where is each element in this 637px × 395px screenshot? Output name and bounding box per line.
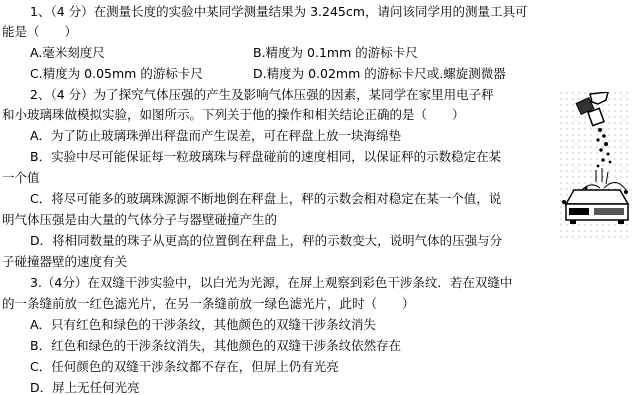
q2-stem-line1: 2、（4 分）为了探究气体压强的产生及影响气体压强的因素，某同学在家里用电子秤 — [30, 87, 494, 102]
q2-option-b-line1: B．实验中尽可能保证每一粒玻璃珠与秤盘碰前的速度相同，以保证秤的示数稳定在某 — [30, 149, 501, 164]
q1-option-d: D.精度为 0.02mm 的游标卡尺或.螺旋测微器 — [253, 66, 506, 81]
q3-option-b: B．红色和绿色的干涉条纹消失，其他颜色的双缝干涉条纹依然存在 — [30, 338, 401, 353]
q1-stem-line1: 1、（4 分）在测量长度的实验中某同学测量结果为 3.245cm，请问该同学用的… — [30, 4, 527, 19]
q2-stem-line2: 和小玻璃珠做模拟实验，如图所示。下列关于他的操作和相关结论正确的是（ ） — [2, 107, 465, 122]
q2-option-c-line1: C．将尽可能多的玻璃珠源源不断地倒在秤盘上，秤的示数会相对稳定在某一个值，说 — [30, 191, 501, 206]
q1-option-a: A.毫米刻度尺 — [30, 45, 105, 60]
q3-option-a: A．只有红色和绿色的干涉条纹，其他颜色的双缝干涉条纹消失 — [30, 317, 376, 332]
scale-experiment-figure — [560, 92, 632, 242]
q3-stem-line1: 3.（4分）在双缝干涉实验中，以白光为光源，在屏上观察到彩色干涉条纹．若在双缝中 — [30, 275, 512, 290]
q3-stem-line2: 的一条缝前放一红色滤光片，在另一条缝前放一绿色滤光片，此时（ ） — [2, 296, 415, 311]
beads-scale-illustration-icon — [560, 92, 632, 242]
q1-option-c: C.精度为 0.05mm 的游标卡尺 — [30, 66, 203, 81]
q1-option-b: B.精度为 0.1mm 的游标卡尺 — [253, 45, 418, 60]
q2-option-d-line1: D．将相同数量的珠子从更高的位置倒在秤盘上，秤的示数变大，说明气体的压强与分 — [30, 233, 502, 248]
q3-option-d: D．屏上无任何光亮 — [30, 380, 140, 395]
q1-stem-line2: 能是（ ） — [2, 24, 77, 39]
q2-option-d-line2: 子碰撞器壁的速度有关 — [2, 254, 127, 269]
q2-option-a: A．为了防止玻璃珠弹出秤盘而产生误差，可在秤盘上放一块海绵垫 — [30, 128, 401, 143]
q2-option-c-line2: 明气体压强是由大量的气体分子与器壁碰撞产生的 — [2, 212, 277, 227]
q3-option-c: C．任何颜色的双缝干涉条纹都不存在，但屏上仍有光亮 — [30, 359, 339, 374]
q2-option-b-line2: 一个值 — [2, 170, 40, 185]
